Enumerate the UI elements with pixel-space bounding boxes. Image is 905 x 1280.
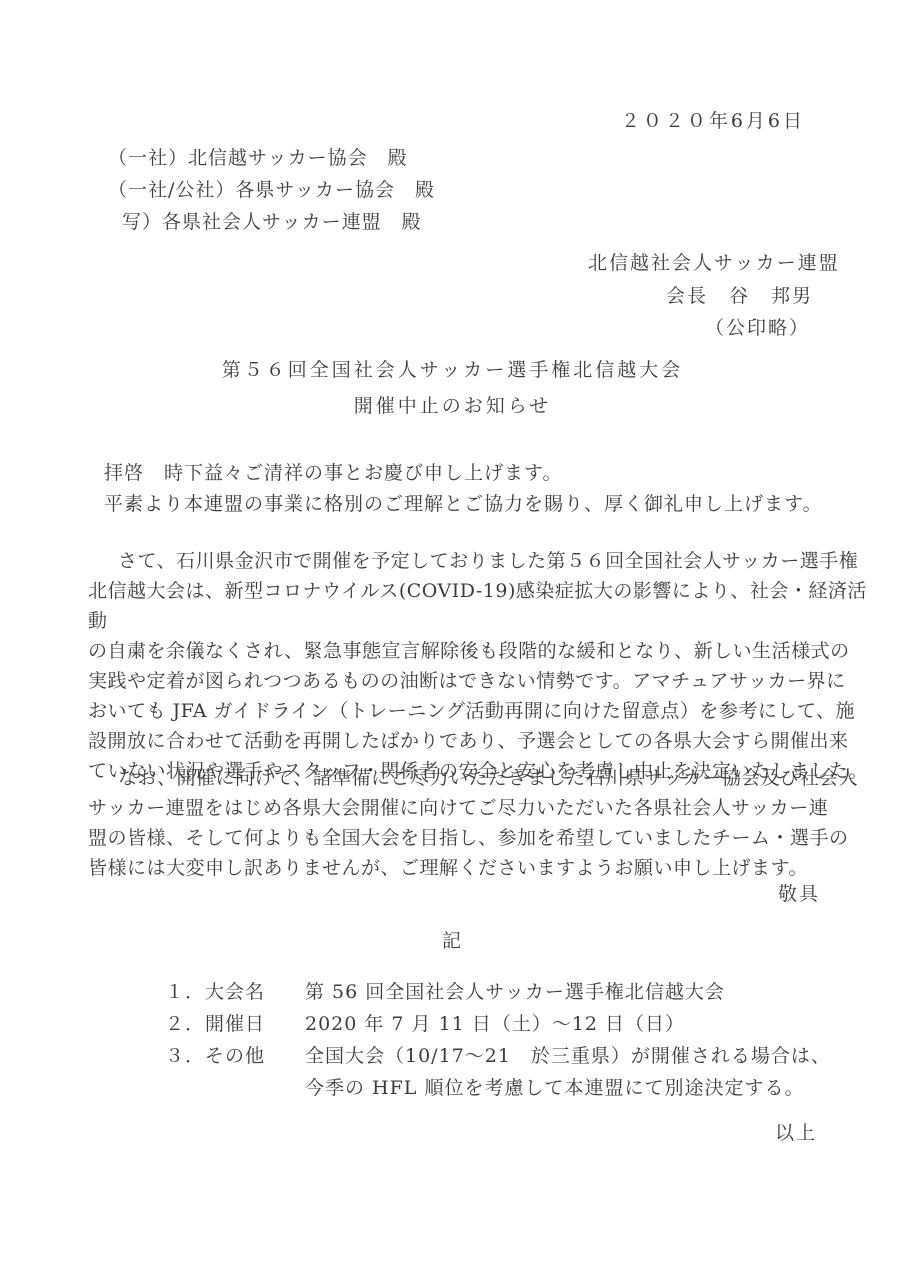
item-list: １．大会名 第 56 回全国社会人サッカー選手権北信越大会 ２．開催日 2020… (165, 976, 831, 1104)
body-line: おいても JFA ガイドライン（トレーニング活動再開に向けた留意点）を参考にして… (88, 696, 868, 726)
end-note: 以上 (775, 1118, 817, 1145)
record-heading: 記 (0, 926, 905, 953)
closing-word: 敬具 (778, 879, 820, 906)
recipient-block: （一社）北信越サッカー協会 殿 （一社/公社）各県サッカー協会 殿 写）各県社会… (108, 142, 435, 238)
body-line: なお、開催に向けて、諸準備にご尽力いただきました石川県サッカー協会及び社会人 (88, 763, 868, 793)
item-label: １．大会名 (165, 976, 305, 1008)
item-value-line: 全国大会（10/17〜21 於三重県）が開催される場合は、 (305, 1040, 831, 1072)
item-value-line: 2020 年 7 月 11 日（土）〜12 日（日） (305, 1008, 685, 1040)
document-title-line1: 第５６回全国社会人サッカー選手権北信越大会 (0, 352, 905, 388)
letter-document: ２０２０年6月6日 （一社）北信越サッカー協会 殿 （一社/公社）各県サッカー協… (0, 0, 905, 1280)
body-line: 皆様には大変申し訳ありませんが、ご理解くださいますようお願い申し上げます。 (88, 853, 868, 883)
body-line: 設開放に合わせて活動を再開したばかりであり、予選会としての各県大会すら開催出来 (88, 726, 868, 756)
item-label: ３．その他 (165, 1040, 305, 1104)
body-line: の自粛を余儀なくされ、緊急事態宣言解除後も段階的な緩和となり、新しい生活様式の (88, 636, 868, 666)
body-line: 北信越大会は、新型コロナウイルス(COVID-19)感染症拡大の影響により、社会… (88, 576, 868, 636)
sender-organization: 北信越社会人サッカー連盟 (588, 248, 840, 275)
item-value: 第 56 回全国社会人サッカー選手権北信越大会 (305, 976, 725, 1008)
item-label: ２．開催日 (165, 1008, 305, 1040)
list-item: １．大会名 第 56 回全国社会人サッカー選手権北信越大会 (165, 976, 831, 1008)
item-value-line: 第 56 回全国社会人サッカー選手権北信越大会 (305, 976, 725, 1008)
salutation-block: 拝啓 時下益々ご清祥の事とお慶び申し上げます。 平素より本連盟の事業に格別のご理… (104, 458, 822, 520)
recipient-line: （一社）北信越サッカー協会 殿 (108, 142, 435, 174)
body-line: 盟の皆様、そして何よりも全国大会を目指し、参加を希望していましたチーム・選手の (88, 823, 868, 853)
recipient-line: 写）各県社会人サッカー連盟 殿 (108, 206, 435, 238)
salutation-line: 拝啓 時下益々ご清祥の事とお慶び申し上げます。 (104, 458, 822, 489)
body-line: サッカー連盟をはじめ各県大会開催に向けてご尽力いただいた各県社会人サッカー連 (88, 793, 868, 823)
recipient-line: （一社/公社）各県サッカー協会 殿 (108, 174, 435, 206)
body-paragraph-1: さて、石川県金沢市で開催を予定しておりました第５６回全国社会人サッカー選手権 北… (88, 546, 868, 786)
body-line: 実践や定着が図られつつあるものの油断はできない情勢です。アマチュアサッカー界に (88, 666, 868, 696)
salutation-line: 平素より本連盟の事業に格別のご理解とご協力を賜り、厚く御礼申し上げます。 (104, 489, 822, 520)
sender-representative: 会長 谷 邦男 (666, 281, 813, 308)
sender-seal-note: （公印略） (705, 313, 810, 340)
body-line: さて、石川県金沢市で開催を予定しておりました第５６回全国社会人サッカー選手権 (88, 546, 868, 576)
document-title-line2: 開催中止のお知らせ (0, 388, 905, 424)
document-date: ２０２０年6月6日 (621, 106, 805, 133)
body-paragraph-2: なお、開催に向けて、諸準備にご尽力いただきました石川県サッカー協会及び社会人 サ… (88, 763, 868, 883)
list-item: ２．開催日 2020 年 7 月 11 日（土）〜12 日（日） (165, 1008, 831, 1040)
item-value: 2020 年 7 月 11 日（土）〜12 日（日） (305, 1008, 685, 1040)
item-value: 全国大会（10/17〜21 於三重県）が開催される場合は、 今季の HFL 順位… (305, 1040, 831, 1104)
document-title: 第５６回全国社会人サッカー選手権北信越大会 開催中止のお知らせ (0, 352, 905, 424)
item-value-line: 今季の HFL 順位を考慮して本連盟にて別途決定する。 (305, 1072, 831, 1104)
list-item: ３．その他 全国大会（10/17〜21 於三重県）が開催される場合は、 今季の … (165, 1040, 831, 1104)
